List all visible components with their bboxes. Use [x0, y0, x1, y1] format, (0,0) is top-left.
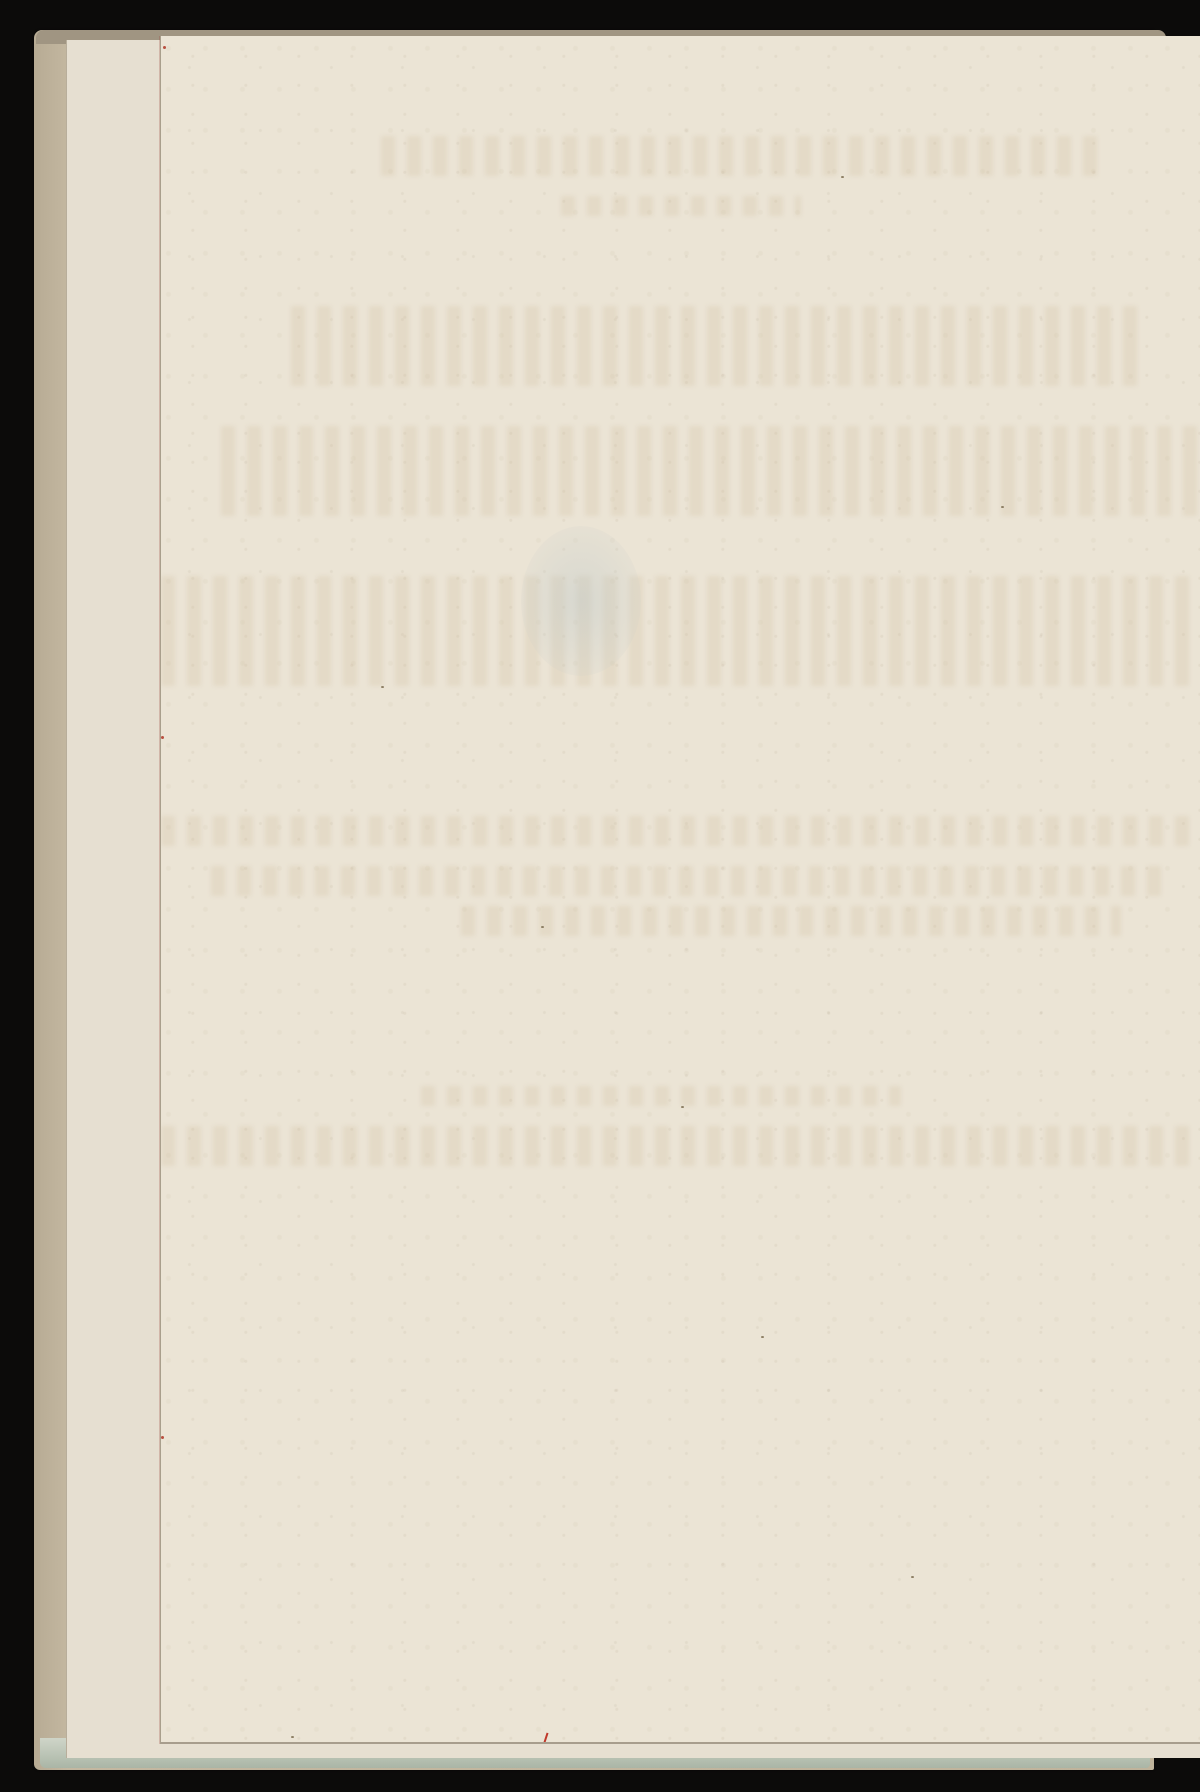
show-through-line: [381, 136, 1101, 176]
paper-speck: [841, 176, 844, 178]
show-through-line: [161, 576, 1200, 686]
show-through-ornament: [521, 526, 641, 676]
endpaper-page: show-through text present but mirrored a…: [160, 36, 1200, 1744]
show-through-line: [421, 1086, 901, 1106]
show-through-line: [161, 816, 1200, 846]
paper-speck: [761, 1336, 764, 1338]
show-through-line: [161, 1126, 1200, 1166]
paper-speck: [1001, 506, 1004, 508]
show-through-line: [461, 906, 1121, 936]
red-edge-dot: [161, 1436, 164, 1439]
show-through-line: [221, 426, 1200, 516]
paper-speck: [381, 686, 384, 688]
show-through-line: [291, 306, 1141, 386]
show-through-line: [561, 196, 801, 216]
paper-speck: [681, 1106, 684, 1108]
paper-speck: [911, 1576, 914, 1578]
show-through-line: [211, 866, 1161, 896]
red-edge-dot: [163, 46, 166, 49]
paper-speck: [291, 1736, 294, 1738]
paper-speck: [541, 926, 544, 928]
red-edge-mark: [535, 1733, 548, 1744]
red-edge-dot: [161, 736, 164, 739]
